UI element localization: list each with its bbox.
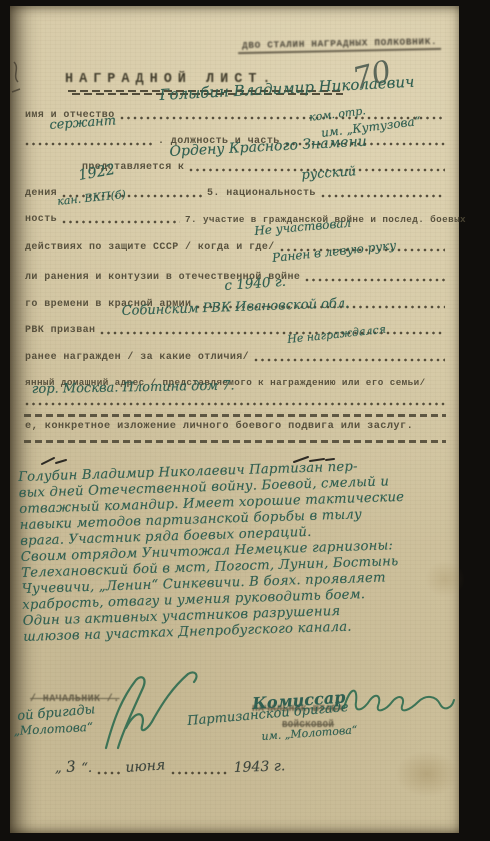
scanner-frame: ДВО СТАЛИН НАГРАДНЫХ ПОЛКОВНИК. НАГРАДНО… — [0, 0, 490, 841]
dotted-leader — [100, 331, 445, 335]
section-rule-top — [24, 414, 446, 417]
top-stamp-text: ДВО СТАЛИН НАГРАДНЫХ ПОЛКОВНИК. — [238, 36, 442, 54]
margin-scribble — [6, 58, 28, 118]
date-close-quote: “. — [81, 761, 92, 776]
birth-year-label: дения — [25, 188, 57, 199]
section-header-row: е, конкретное изложение личного боевого … — [25, 420, 445, 432]
rank-value: сержант — [49, 113, 117, 133]
date-open-quote: „ — [55, 761, 62, 776]
date-month: июня — [125, 757, 166, 776]
right-signer-hand-line2: им. „Молотова“ — [261, 723, 358, 743]
service-value: с 1940 г. — [224, 274, 287, 294]
award-sheet-page: ДВО СТАЛИН НАГРАДНЫХ ПОЛКОВНИК. НАГРАДНО… — [10, 6, 459, 833]
field-row-party-civilwar: ность 7. участие в гражданской войне и п… — [25, 214, 445, 225]
dotted-leader — [97, 771, 121, 775]
defense-label: действиях по защите СССР / когда и где/ — [25, 242, 275, 253]
dotted-leader — [305, 278, 445, 282]
dotted-leader — [254, 358, 445, 362]
dotted-leader — [321, 194, 445, 198]
date-year: 1943 г. — [233, 758, 285, 776]
section-header: е, конкретное изложение личного боевого … — [25, 420, 413, 432]
dotted-leader — [25, 142, 153, 146]
date-row: „ 3 “. июня 1943 г. — [55, 758, 259, 776]
right-signature-autograph — [340, 678, 458, 730]
left-signer-hand-line2: „Молотова“ — [13, 720, 93, 738]
pencil-mark-icon — [40, 454, 82, 468]
field-row-address-value — [25, 402, 445, 407]
dotted-leader — [62, 220, 180, 224]
narrative-text-block: Голубин Владимир Николаевич Партизан пер… — [18, 456, 471, 646]
rvk-label: РВК призван — [25, 325, 95, 336]
nationality-label: 5. национальность — [207, 188, 316, 199]
paper-stain — [395, 751, 459, 797]
date-day: 3 — [65, 757, 76, 776]
prior-awards-label: ранее награжден / за какие отличия/ — [25, 352, 249, 363]
dotted-leader — [25, 402, 445, 406]
address-value: гор. Москва. Плотина дом 7. — [32, 378, 235, 397]
nationality-value: русский — [301, 164, 357, 183]
section-rule-bottom — [24, 440, 446, 443]
party-label: ность — [25, 214, 57, 225]
dotted-leader — [171, 771, 229, 775]
field-row-prior-awards: ранее награжден / за какие отличия/ — [25, 352, 445, 363]
